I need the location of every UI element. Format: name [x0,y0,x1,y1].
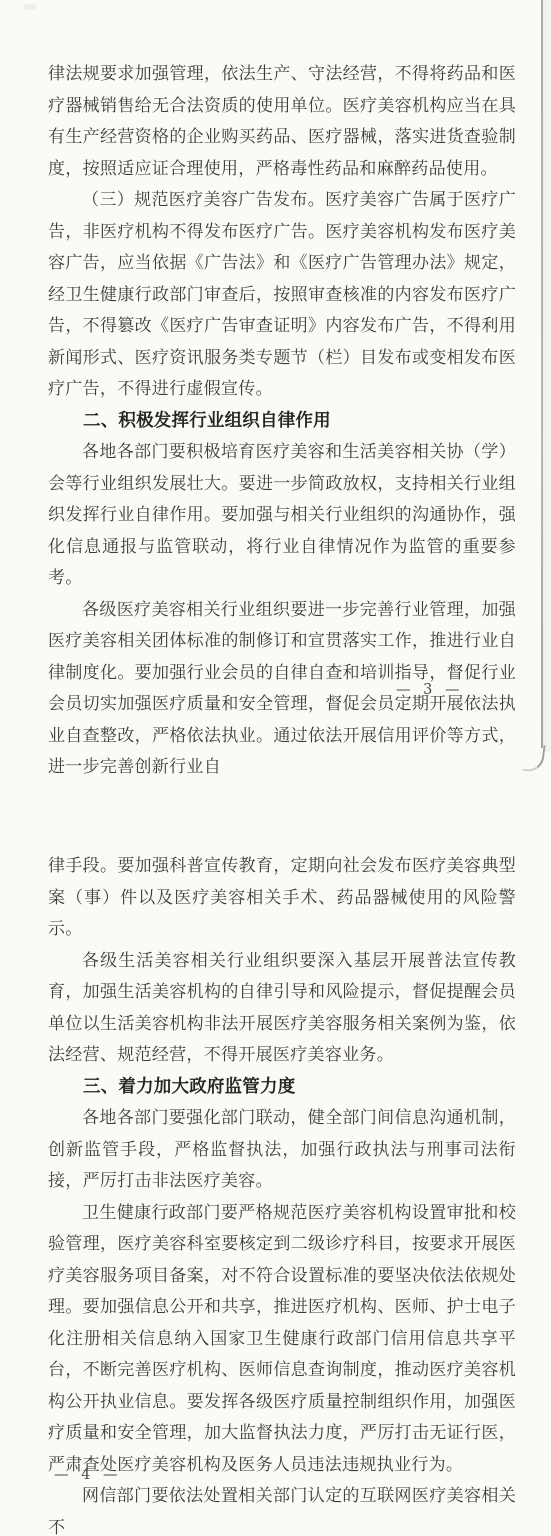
page-4-text-column: 律手段。要加强科普宣传教育，定期向社会发布医疗美容典型案（事）件以及医疗美容相关… [48,851,516,1536]
body-paragraph: 律法规要求加强管理，依法生产、守法经营，不得将药品和医疗器械销售给无合法资质的使… [48,59,516,185]
page-3-text-column: 律法规要求加强管理，依法生产、守法经营，不得将药品和医疗器械销售给无合法资质的使… [48,59,516,784]
body-paragraph: 各级生活美容相关行业组织要深入基层开展普法宣传教育，加强生活美容机构的自律引导和… [48,946,516,1072]
scan-smudge-artifact [24,4,36,10]
section-heading: 二、积极发挥行业组织自律作用 [48,406,516,438]
body-paragraph: 律手段。要加强科普宣传教育，定期向社会发布医疗美容典型案（事）件以及医疗美容相关… [48,851,516,946]
page-number: — 4 — [54,1466,121,1484]
page-number: — 3 — [396,681,463,699]
body-paragraph: 网信部门要依法处置相关部门认定的互联网医疗美容相关不 [48,1481,516,1536]
scan-edge-shade-artifact [543,0,551,752]
section-heading: 三、着力加大政府监管力度 [48,1072,516,1104]
page-3: 律法规要求加强管理，依法生产、守法经营，不得将药品和医疗器械销售给无合法资质的使… [0,0,551,780]
document-scan: 律法规要求加强管理，依法生产、守法经营，不得将药品和医疗器械销售给无合法资质的使… [0,0,551,1536]
scan-edge-line-artifact [541,0,543,748]
body-paragraph: （三）规范医疗美容广告发布。医疗美容广告属于医疗广告，非医疗机构不得发布医疗广告… [48,185,516,406]
page-4: 律手段。要加强科普宣传教育，定期向社会发布医疗美容典型案（事）件以及医疗美容相关… [0,780,551,1536]
body-paragraph: 卫生健康行政部门要严格规范医疗美容机构设置审批和校验管理，医疗美容科室要核定到二… [48,1198,516,1482]
body-paragraph: 各地各部门要强化部门联动，健全部门间信息沟通机制，创新监管手段，严格监督执法，加… [48,1103,516,1198]
body-paragraph: 各地各部门要积极培育医疗美容和生活美容相关协（学）会等行业组织发展壮大。要进一步… [48,437,516,595]
